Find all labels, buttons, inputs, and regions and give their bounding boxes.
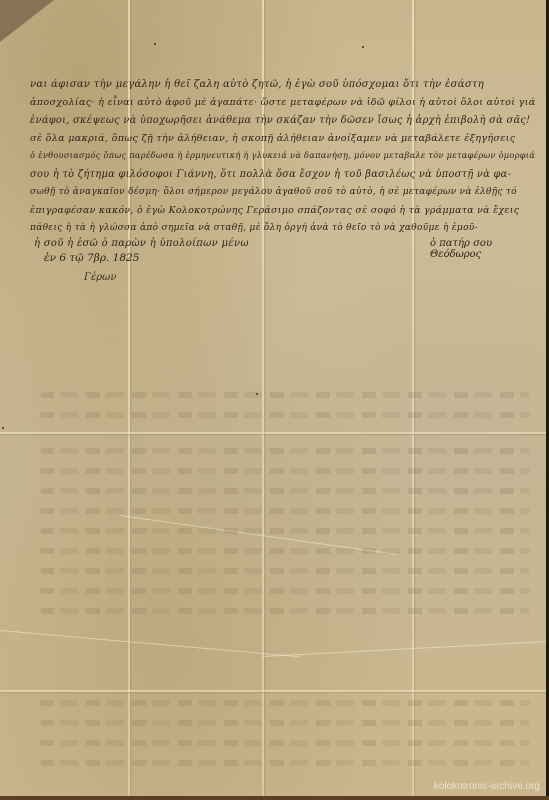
letter-date: ἐν 6 τῷ 7βρ. 1825 — [44, 252, 139, 264]
bleed-through-text — [40, 740, 530, 746]
bleed-through-text — [40, 548, 530, 554]
bleed-through-text — [40, 568, 530, 574]
manuscript-page: ναι άφισαν τὴν μεγάλην ἡ θεῖ ζαλη αὐτὸ ζ… — [0, 0, 546, 796]
manuscript-line: πάθεις ἡ τὰ ἡ γλώσσα ἀπὸ σημεῖα νὰ σταθῇ… — [30, 223, 478, 233]
fold-line-horizontal — [0, 690, 546, 692]
bleed-through-text — [40, 588, 530, 594]
manuscript-line: ἀποσχολίας· ἡ εἶναι αὐτὸ ἀφοῦ μὲ ἀγαπάτε… — [30, 97, 535, 108]
ink-speck — [154, 43, 156, 45]
letter-place: Γέρων — [84, 272, 116, 283]
manuscript-line: ἡ σοῦ ἡ ἐσῶ ὁ παρὼν ἡ ὑπολοίπων μένω — [34, 238, 249, 249]
signature: ὁ πατήρ σου Θεόδωρος — [430, 238, 546, 260]
manuscript-line: ὁ ἐνθουσιασμός ὅπως παρέδωσα ἡ ἐρμηνευτι… — [30, 151, 535, 161]
bleed-through-text — [40, 700, 530, 706]
bleed-through-text — [40, 528, 530, 534]
ink-speck — [362, 46, 364, 48]
bleed-through-text — [40, 508, 530, 514]
manuscript-line: ἐπιγραφέσαν κακόν, ὁ ἐγὼ Κολοκοτρώνης Γε… — [30, 205, 519, 216]
bleed-through-text — [40, 412, 530, 418]
bleed-through-text — [40, 608, 530, 614]
bleed-through-text — [40, 392, 530, 398]
bleed-through-text — [40, 448, 530, 454]
crease — [262, 641, 546, 657]
manuscript-line: σου ἡ τὸ ζήτημα φιλόσοφοι Γιάννη, ὅτι πο… — [30, 169, 511, 180]
manuscript-line: σωθῇ τὸ ἀναγκαῖον δέσμη· ὅλοι σήμερον με… — [30, 187, 517, 197]
manuscript-line: ναι άφισαν τὴν μεγάλην ἡ θεῖ ζαλη αὐτὸ ζ… — [30, 79, 484, 90]
page-edge — [0, 796, 549, 800]
bleed-through-text — [40, 488, 530, 494]
bleed-through-text — [40, 720, 530, 726]
folded-corner — [0, 0, 54, 42]
crease — [0, 630, 299, 657]
manuscript-line: ἐνάφοι, σκέψεως νὰ ὑποχωρῆσει ἀνάθεμα τὴ… — [30, 115, 530, 126]
bleed-through-text — [40, 760, 530, 766]
ink-speck — [256, 393, 258, 395]
manuscript-line: σὲ ὅλα μακριά, ὅπως ζῇ τὴν ἀλήθειαν, ἡ σ… — [30, 133, 515, 144]
fold-line-horizontal — [0, 432, 546, 434]
archive-watermark: kolokotronis-archive.org — [434, 781, 540, 792]
ink-speck — [2, 427, 4, 429]
bleed-through-text — [40, 468, 530, 474]
